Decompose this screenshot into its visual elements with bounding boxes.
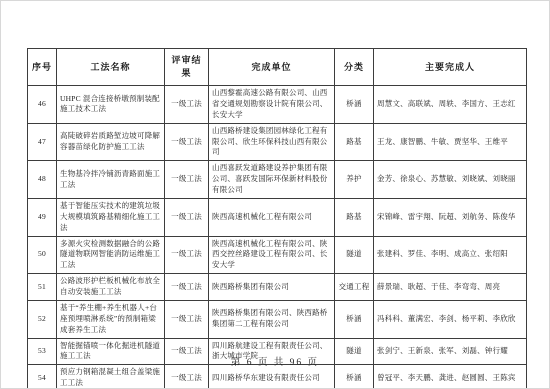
cell-main-contributors: 周慧文、高联斌、周轶、李国方、王志红 [374,86,527,124]
cell-method-name: 公路波形护栏板机械化布放全自动安装施工工法 [57,274,165,301]
cell-completion-unit: 陕西高速机械化工程有限公司、陕西交控丝路建设工程有限公司、长安大学 [209,236,335,274]
cell-review-result: 一级工法 [165,236,209,274]
cell-category: 路基 [335,123,374,161]
cell-review-result: 一级工法 [165,365,209,389]
cell-serial-number: 47 [28,123,57,161]
cell-main-contributors: 薛景瑞、耿超、于佳、李弯弯、周亮 [374,274,527,301]
cell-category: 桥涵 [335,300,374,338]
cell-review-result: 一级工法 [165,300,209,338]
cell-category: 养护 [335,161,374,199]
table-header-row: 序号 工法名称 评审结果 完成单位 分类 主要完成人 [28,49,527,86]
table-row: 46 UHPC 混合连接桥墩预制装配施工技术工法 一级工法 山西黎霍高速公路有限… [28,86,527,124]
cell-serial-number: 46 [28,86,57,124]
cell-method-name: 基于“养生棚+养生机器人+台座预埋喷淋系统”的预制箱梁成套养生工法 [57,300,165,338]
cell-completion-unit: 四川路桥华东建设有限责任公司 [209,365,335,389]
cell-completion-unit: 山西喜跃发道路建设养护集团有限公司、喜跃发国际环保新材料股份有限公司 [209,161,335,199]
cell-review-result: 一级工法 [165,123,209,161]
header-completion-unit: 完成单位 [209,49,335,86]
header-main-contributors: 主要完成人 [374,49,527,86]
header-category: 分类 [335,49,374,86]
cell-completion-unit: 山西路桥建设集团园林绿化工程有限公司、欣生环保科技山西有限公司 [209,123,335,161]
cell-serial-number: 54 [28,365,57,389]
cell-completion-unit: 陕西路桥集团有限公司 [209,274,335,301]
cell-category: 交通工程 [335,274,374,301]
cell-serial-number: 48 [28,161,57,199]
cell-serial-number: 51 [28,274,57,301]
table-row: 47 高陡破碎岩质路堑边坡可降解容器苗绿化防护施工工法 一级工法 山西路桥建设集… [28,123,527,161]
cell-main-contributors: 王龙、康智鹏、牛敏、贾坚华、王维平 [374,123,527,161]
cell-main-contributors: 金芳、徐泉心、苏慧敏、刘晓斌、刘晓丽 [374,161,527,199]
cell-main-contributors: 张建科、罗佳、李明、成高立、张绍阳 [374,236,527,274]
cell-method-name: 预应力钢箱混凝土组合盖梁施工工法 [57,365,165,389]
cell-method-name: UHPC 混合连接桥墩预制装配施工技术工法 [57,86,165,124]
cell-review-result: 一级工法 [165,274,209,301]
table-row: 52 基于“养生棚+养生机器人+台座预埋喷淋系统”的预制箱梁成套养生工法 一级工… [28,300,527,338]
cell-main-contributors: 曾冠平、李天鹏、龚进、赵圆圆、王陈宾 [374,365,527,389]
methods-table: 序号 工法名称 评审结果 完成单位 分类 主要完成人 46 UHPC 混合连接桥… [27,48,527,389]
cell-completion-unit: 陕西路桥集团有限公司、陕西路桥集团第二工程有限公司 [209,300,335,338]
cell-serial-number: 49 [28,198,57,236]
cell-main-contributors: 冯科科、董满宏、李剑、杨平莉、李欣欣 [374,300,527,338]
table-row: 49 基于智能压实技术的建筑垃圾大规模填筑路基精细化施工工法 一级工法 陕西高速… [28,198,527,236]
cell-method-name: 基于智能压实技术的建筑垃圾大规模填筑路基精细化施工工法 [57,198,165,236]
cell-category: 桥涵 [335,365,374,389]
cell-review-result: 一级工法 [165,161,209,199]
cell-serial-number: 50 [28,236,57,274]
header-method-name: 工法名称 [57,49,165,86]
table-body: 46 UHPC 混合连接桥墩预制装配施工技术工法 一级工法 山西黎霍高速公路有限… [28,86,527,389]
cell-category: 桥涵 [335,86,374,124]
cell-review-result: 一级工法 [165,198,209,236]
cell-category: 隧道 [335,236,374,274]
cell-review-result: 一级工法 [165,86,209,124]
table-row: 51 公路波形护栏板机械化布放全自动安装施工工法 一级工法 陕西路桥集团有限公司… [28,274,527,301]
cell-completion-unit: 山西黎霍高速公路有限公司、山西省交通规划勘察设计院有限公司、长安大学 [209,86,335,124]
cell-method-name: 高陡破碎岩质路堑边坡可降解容器苗绿化防护施工工法 [57,123,165,161]
header-review-result: 评审结果 [165,49,209,86]
cell-method-name: 生物基冷拌冷铺沥青路面施工工法 [57,161,165,199]
document-page: 序号 工法名称 评审结果 完成单位 分类 主要完成人 46 UHPC 混合连接桥… [1,1,549,388]
cell-completion-unit: 陕西高速机械化工程有限公司 [209,198,335,236]
cell-main-contributors: 宋锦峰、雷宇翔、阮超、刘航务、陈俊华 [374,198,527,236]
cell-method-name: 多源火灾检测数据融合的公路隧道物联网智能消防运维施工工法 [57,236,165,274]
cell-category: 路基 [335,198,374,236]
table-row: 50 多源火灾检测数据融合的公路隧道物联网智能消防运维施工工法 一级工法 陕西高… [28,236,527,274]
header-serial-number: 序号 [28,49,57,86]
table-row: 54 预应力钢箱混凝土组合盖梁施工工法 一级工法 四川路桥华东建设有限责任公司 … [28,365,527,389]
table-row: 48 生物基冷拌冷铺沥青路面施工工法 一级工法 山西喜跃发道路建设养护集团有限公… [28,161,527,199]
cell-serial-number: 52 [28,300,57,338]
page-number: 第 6 页 共 96 页 [1,354,549,368]
